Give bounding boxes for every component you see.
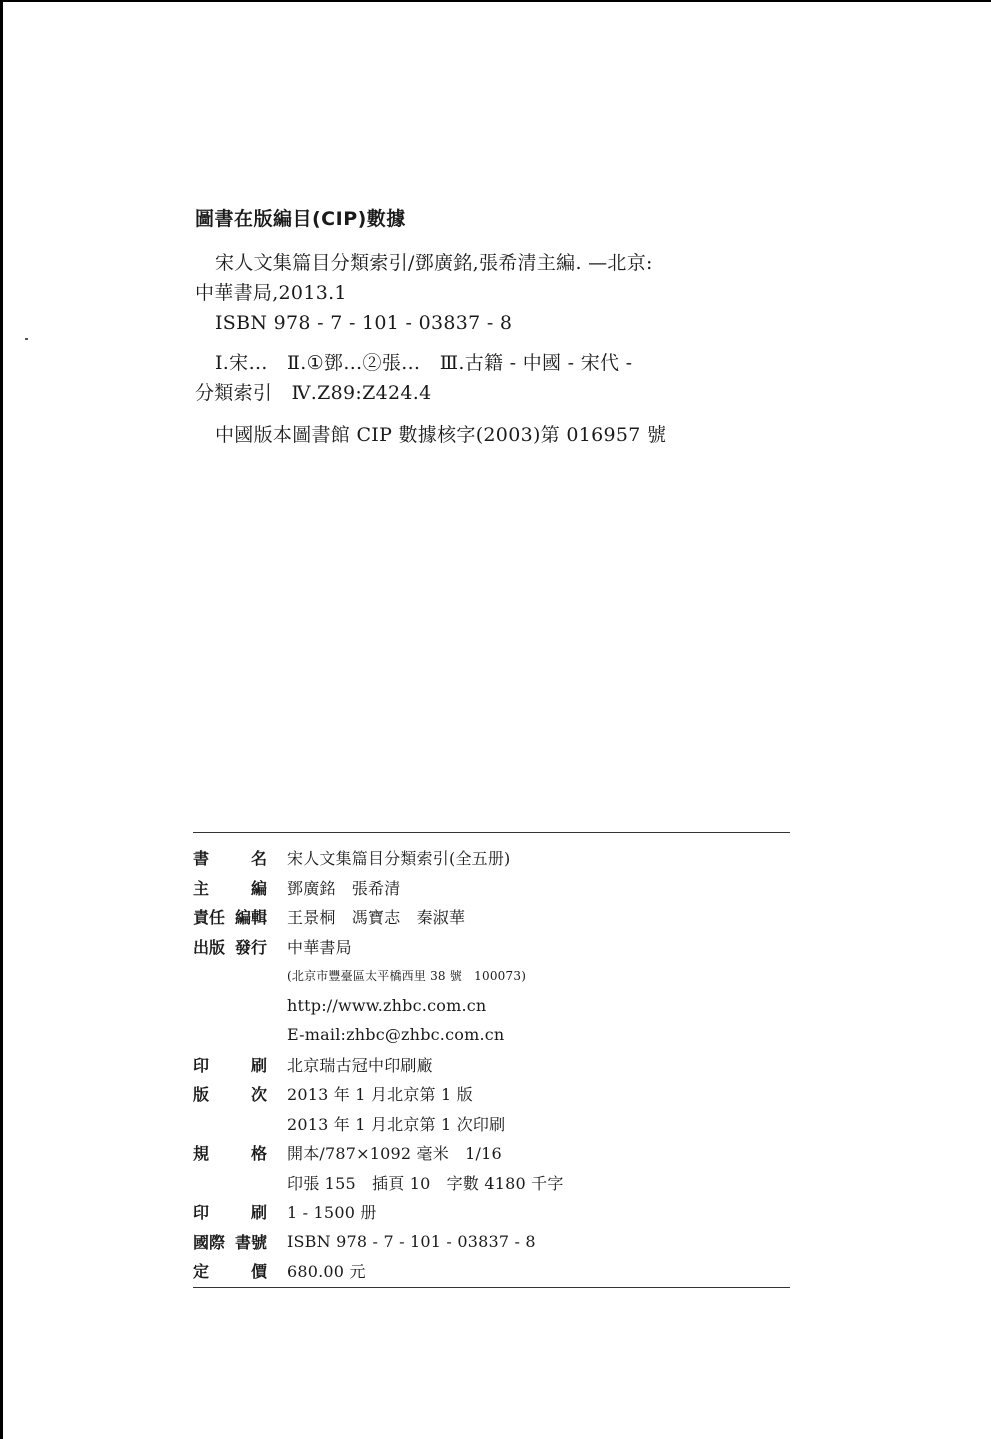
value-publisher: 中華書局 [287, 935, 352, 958]
row-publisher: 出版發行 中華書局 [193, 932, 793, 962]
row-printing: 2013 年 1 月北京第 1 次印刷 [193, 1109, 793, 1139]
value-print-run: 1 - 1500 册 [287, 1200, 377, 1223]
row-email: E-mail:zhbc@zhbc.com.cn [193, 1020, 793, 1050]
label-edition: 版次 [193, 1082, 267, 1105]
row-sheets: 印張 155 插頁 10 字數 4180 千字 [193, 1168, 793, 1198]
value-responsible-editors: 王景桐 馮寶志 秦淑華 [287, 905, 465, 928]
value-edition: 2013 年 1 月北京第 1 版 [287, 1082, 473, 1105]
label-publisher: 出版發行 [193, 935, 267, 958]
row-edition: 版次 2013 年 1 月北京第 1 版 [193, 1079, 793, 1109]
value-website: http://www.zhbc.com.cn [287, 996, 486, 1015]
bottom-rule-divider [193, 1287, 790, 1288]
label-chief-editors: 主編 [193, 876, 267, 899]
row-format: 規格 開本/787×1092 毫米 1/16 [193, 1138, 793, 1168]
label-print-run: 印刷 [193, 1200, 267, 1223]
cip-data-block: 圖書在版編目(CIP)數據 宋人文集篇目分類索引/鄧廣銘,張希清主編. —北京:… [195, 204, 755, 450]
row-isbn: 國際書號 ISBN 978 - 7 - 101 - 03837 - 8 [193, 1227, 793, 1257]
cip-line-record-number: 中國版本圖書館 CIP 數據核字(2003)第 016957 號 [195, 420, 755, 450]
value-email: E-mail:zhbc@zhbc.com.cn [287, 1025, 504, 1044]
row-price: 定價 680.00 元 [193, 1256, 793, 1286]
value-printing: 2013 年 1 月北京第 1 次印刷 [287, 1112, 505, 1135]
label-isbn: 國際書號 [193, 1230, 267, 1253]
value-chief-editors: 鄧廣銘 張希清 [287, 876, 400, 899]
colophon-table: 書名 宋人文集篇目分類索引(全五册) 主編 鄧廣銘 張希清 責任編輯 王景桐 馮… [193, 843, 793, 1286]
row-address: (北京市豐臺區太平橋西里 38 號 100073) [193, 961, 793, 991]
value-format: 開本/787×1092 毫米 1/16 [287, 1141, 502, 1164]
value-address: (北京市豐臺區太平橋西里 38 號 100073) [287, 967, 526, 984]
row-printer: 印刷 北京瑞古冠中印刷廠 [193, 1050, 793, 1080]
cip-line-classification: 分類索引 Ⅳ.Z89:Z424.4 [195, 378, 755, 408]
value-sheets: 印張 155 插頁 10 字數 4180 千字 [287, 1171, 564, 1194]
label-price: 定價 [193, 1259, 267, 1282]
label-book-title: 書名 [193, 846, 267, 869]
label-printer: 印刷 [193, 1053, 267, 1076]
cip-line-subjects: Ⅰ.宋… Ⅱ.①鄧…②張… Ⅲ.古籍 - 中國 - 宋代 - [195, 348, 755, 378]
label-responsible-editors: 責任編輯 [193, 905, 267, 928]
cip-line-isbn: ISBN 978 - 7 - 101 - 03837 - 8 [195, 308, 755, 338]
row-book-title: 書名 宋人文集篇目分類索引(全五册) [193, 843, 793, 873]
row-print-run: 印刷 1 - 1500 册 [193, 1197, 793, 1227]
value-price: 680.00 元 [287, 1259, 366, 1282]
cip-line-title-author: 宋人文集篇目分類索引/鄧廣銘,張希清主編. —北京: [195, 248, 755, 278]
row-responsible-editors: 責任編輯 王景桐 馮寶志 秦淑華 [193, 902, 793, 932]
row-website: http://www.zhbc.com.cn [193, 991, 793, 1021]
value-isbn: ISBN 978 - 7 - 101 - 03837 - 8 [287, 1232, 536, 1251]
cip-title: 圖書在版編目(CIP)數據 [195, 204, 755, 234]
cip-line-publisher: 中華書局,2013.1 [195, 278, 755, 308]
copyright-page: 圖書在版編目(CIP)數據 宋人文集篇目分類索引/鄧廣銘,張希清主編. —北京:… [0, 0, 991, 1439]
top-rule-divider [193, 832, 790, 833]
row-chief-editors: 主編 鄧廣銘 張希清 [193, 873, 793, 903]
value-book-title: 宋人文集篇目分類索引(全五册) [287, 846, 511, 869]
scan-speck [25, 338, 28, 340]
value-printer: 北京瑞古冠中印刷廠 [287, 1053, 433, 1076]
label-format: 規格 [193, 1141, 267, 1164]
